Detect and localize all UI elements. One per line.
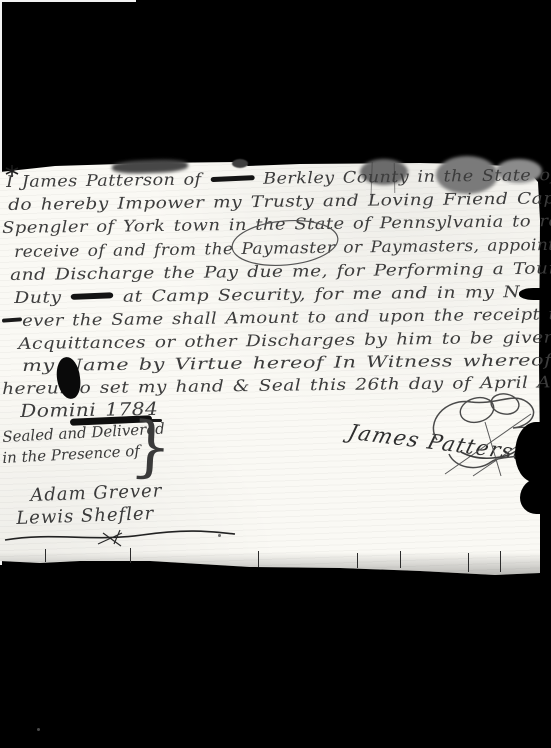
bottom-crack: [45, 549, 46, 562]
background-speck: [37, 728, 40, 731]
paper-speck: [218, 534, 221, 537]
manuscript-line-7: ever the Same shall Amount to and upon t…: [22, 306, 551, 329]
bottom-crack: [500, 551, 501, 572]
top-edge-notch: [232, 159, 248, 168]
manuscript-line-9: my Name by Virtue hereof In Witness wher…: [22, 351, 551, 374]
attestation-line-2: in the Presence of: [2, 444, 140, 466]
scanned-document: I James Patterson ofBerkley County in th…: [0, 0, 551, 748]
bottom-crack: [357, 553, 358, 568]
edge-ink-mark: [519, 288, 551, 300]
circled-word-loop: [228, 216, 344, 270]
bottom-crack: [468, 553, 469, 572]
edge-damage-blob: [515, 422, 551, 482]
ink-layer: I James Patterson ofBerkley County in th…: [0, 0, 551, 748]
line-6-text-start: Duty: [14, 287, 62, 307]
manuscript-line-6: Dutyat Camp Security, for me and in my N…: [14, 282, 551, 306]
witness-signature-adam-grever: Adam Grever: [30, 482, 163, 505]
manuscript-line-2: do hereby Impower my Trusty and Loving F…: [8, 189, 551, 213]
line-1-text-start: I James Patterson of: [6, 170, 202, 191]
ink-strikeout-2: [71, 292, 114, 300]
ink-strikeout-1: [210, 175, 254, 182]
edge-damage-blob: [520, 478, 551, 514]
margin-dash: [2, 317, 22, 322]
line-6-text-end: at Camp Security, for me and in my Name,…: [123, 280, 551, 305]
line-1-text-end: Berkley County in the State of Virginia: [263, 164, 551, 188]
bottom-crack: [400, 551, 401, 568]
bottom-crack: [130, 548, 131, 563]
attestation-brace: }: [128, 413, 173, 481]
manuscript-line-8: Acquittances or other Discharges by him …: [18, 329, 551, 352]
bottom-crack: [258, 551, 259, 567]
witness-underline-flourish: [2, 524, 238, 548]
